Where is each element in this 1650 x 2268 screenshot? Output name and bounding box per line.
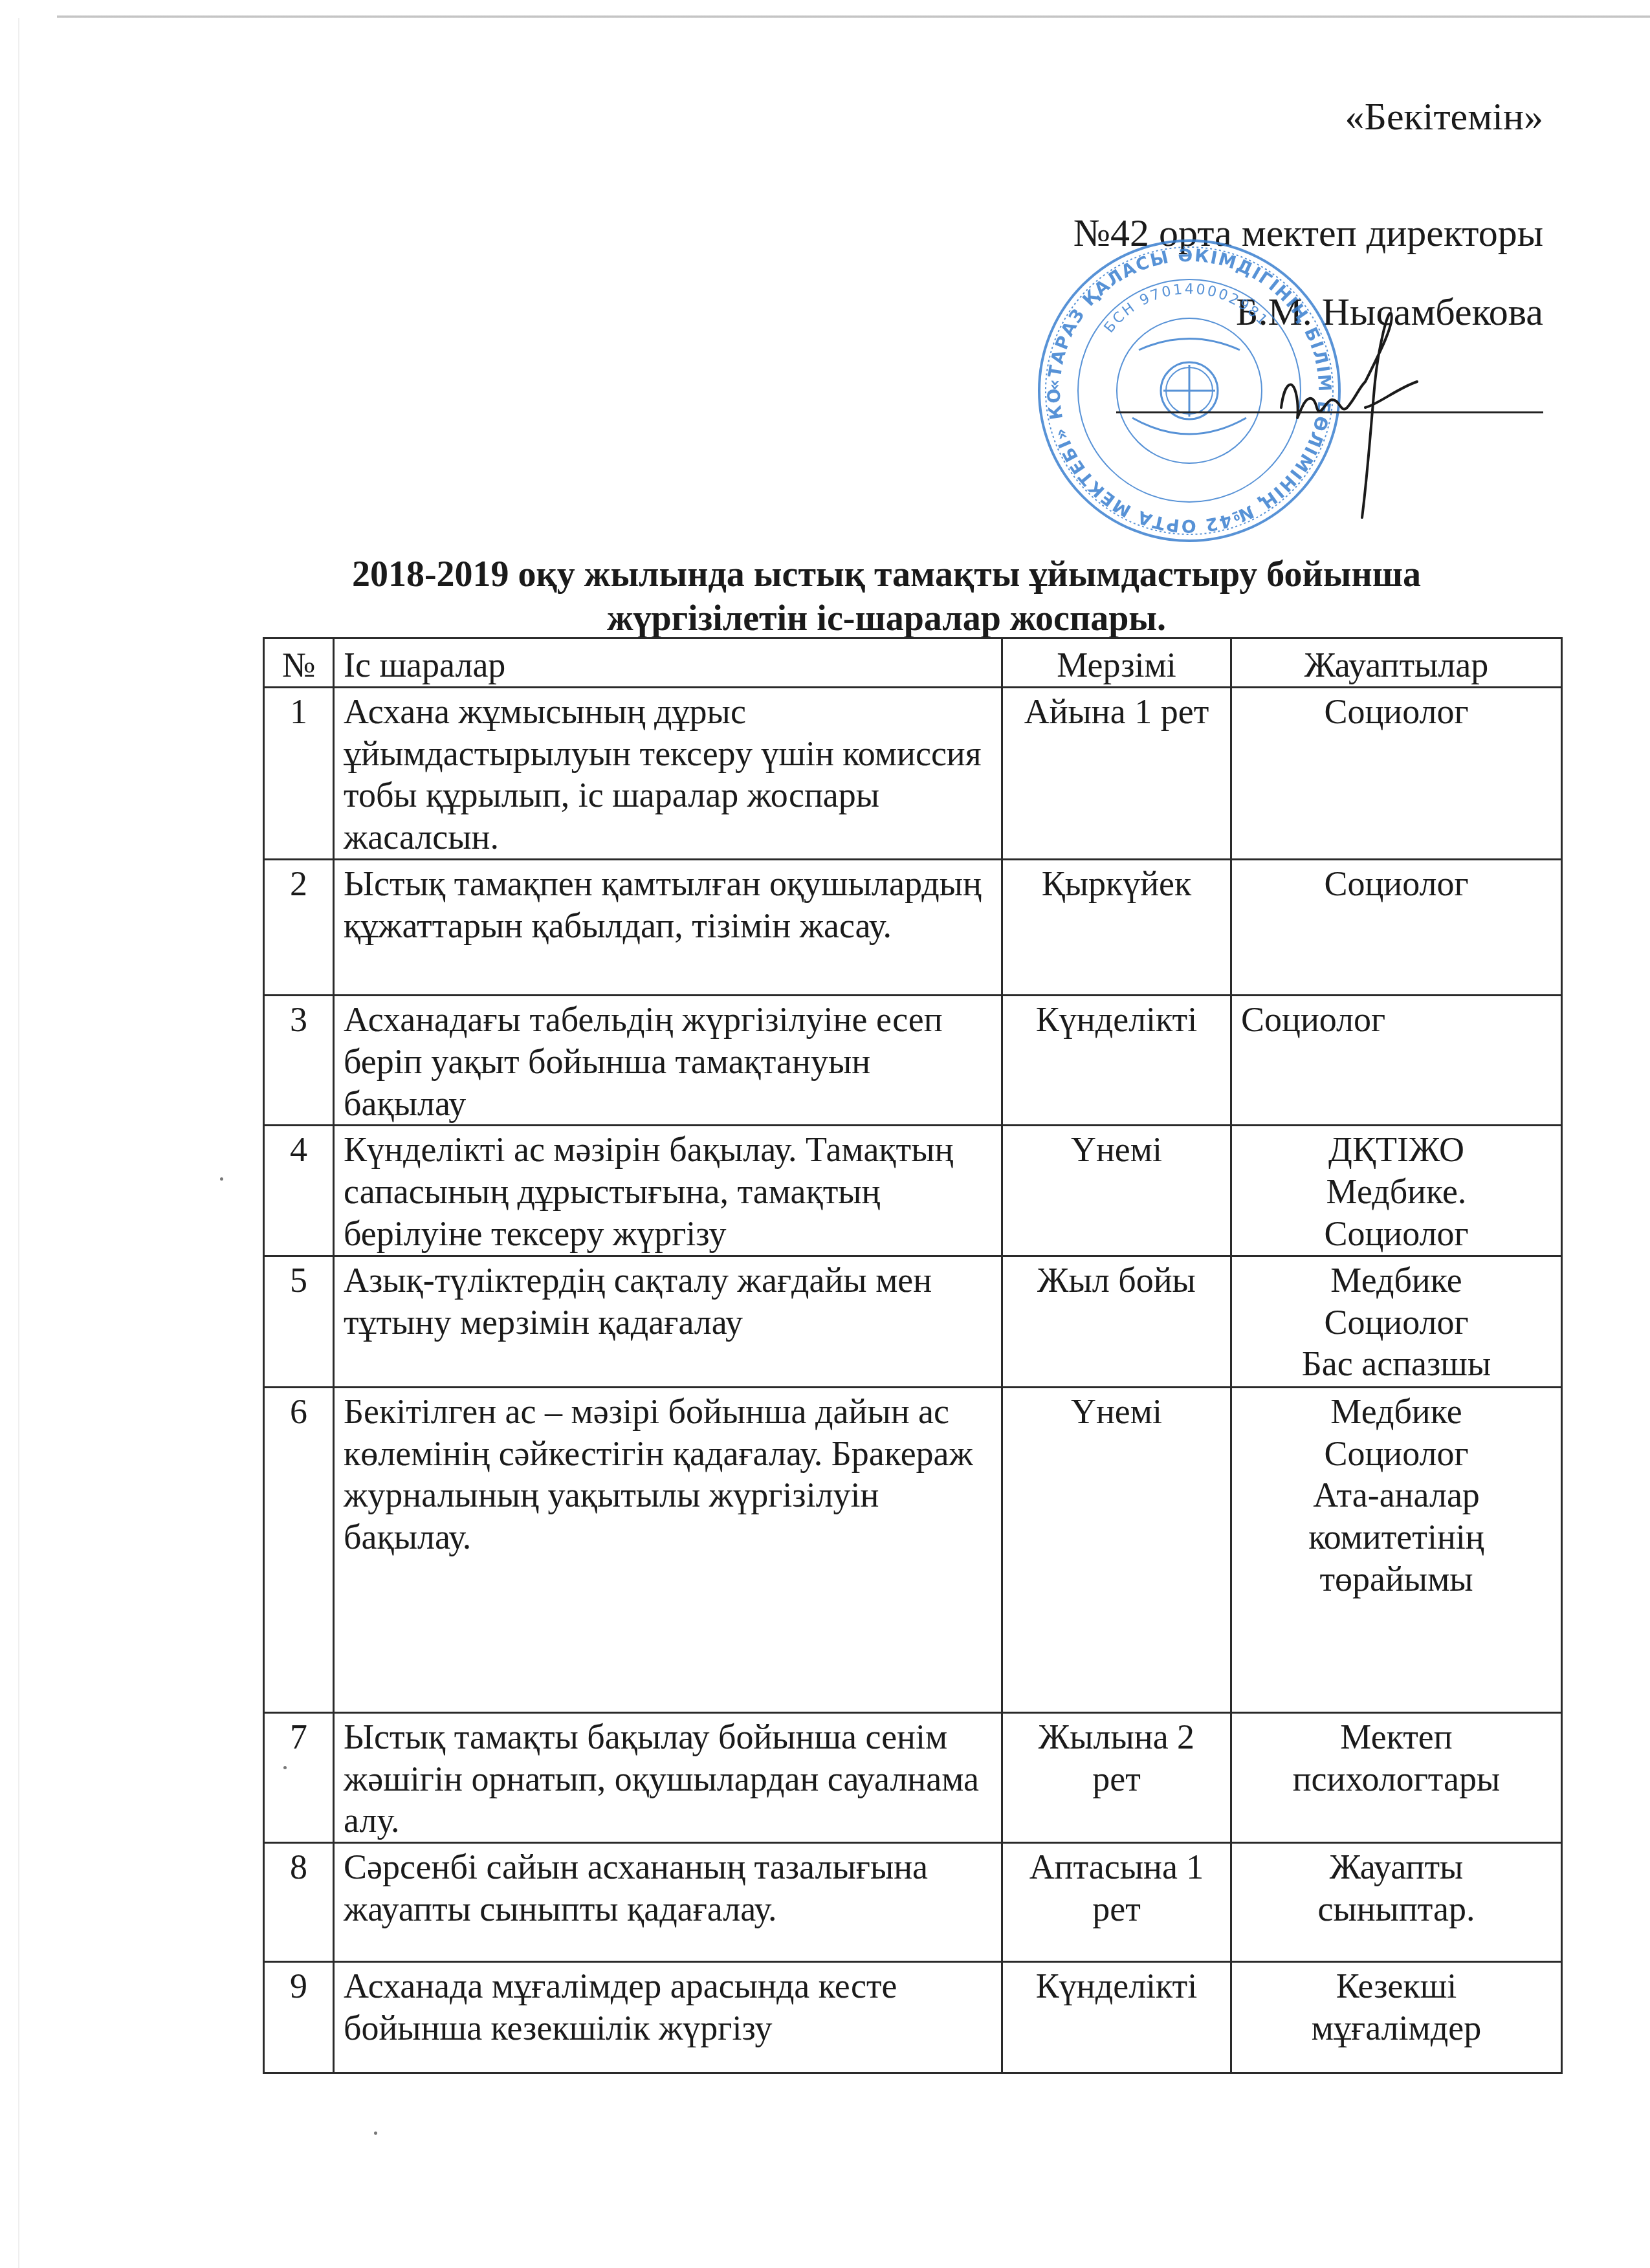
row-activity: Асхана жұмысының дұрыс ұйымдастырылуын т… [334,687,1002,859]
row-responsible: Жауаптысыныптар. [1231,1843,1562,1962]
responsible-person: Кезекші [1241,1965,1552,2007]
row-responsible: МедбикеСоциологБас аспазшы [1231,1256,1562,1387]
row-deadline: Күнделікті [1002,1962,1231,2073]
table-row: 3Асханадағы табельдің жүргізілуіне есеп … [264,995,1562,1125]
row-responsible: Кезекшімұғалімдер [1231,1962,1562,2073]
scan-speck [374,2132,377,2135]
row-deadline: Аптасына 1 рет [1002,1843,1231,1962]
responsible-person: Ата-аналар [1241,1474,1552,1516]
table-row: 2Ыстық тамақпен қамтылған оқушылардың құ… [264,859,1562,995]
row-number: 4 [264,1126,334,1256]
scan-edge-left [18,18,19,2268]
responsible-person: Социолог [1241,1433,1552,1475]
responsible-person: психологтары [1241,1758,1552,1800]
responsible-person: мұғалімдер [1241,2007,1552,2049]
header-activities: Іс шаралар [334,638,1002,688]
row-number: 7 [264,1712,334,1842]
row-number: 3 [264,995,334,1125]
svg-text:БСН 970140002981: БСН 970140002981 [1101,281,1272,336]
row-number: 9 [264,1962,334,2073]
responsible-person: Социолог [1241,999,1552,1041]
header-responsible: Жауаптылар [1231,638,1562,688]
responsible-person: Социолог [1241,1213,1552,1255]
table-row: 8Сәрсенбі сайын асхананың тазалығына жау… [264,1843,1562,1962]
row-responsible: Социолог [1231,995,1562,1125]
row-deadline: Қыркүйек [1002,859,1231,995]
responsible-person: төрайымы [1241,1558,1552,1600]
document-title-line1: 2018-2019 оқу жылында ыстық тамақты ұйым… [61,556,1650,593]
row-deadline: Үнемі [1002,1387,1231,1712]
responsible-person: комитетінің [1241,1516,1552,1558]
table-row: 7Ыстық тамақты бақылау бойынша сенім жәш… [264,1712,1562,1842]
row-deadline: Жылына 2 рет [1002,1712,1231,1842]
row-responsible: Социолог [1231,859,1562,995]
row-responsible: МедбикеСоциологАта-аналаркомитетініңтөра… [1231,1387,1562,1712]
table-row: 1Асхана жұмысының дұрыс ұйымдастырылуын … [264,687,1562,859]
table-header-row: № Іс шаралар Мерзімі Жауаптылар [264,638,1562,688]
responsible-person: Медбике [1241,1259,1552,1302]
table-row: 4Күнделікті ас мәзірін бақылау. Тамақтың… [264,1126,1562,1256]
responsible-person: Социолог [1241,1302,1552,1344]
row-activity: Күнделікті ас мәзірін бақылау. Тамақтың … [334,1126,1002,1256]
responsible-person: Медбике. [1241,1171,1552,1213]
signature-icon [1268,311,1462,524]
row-responsible: Мектеппсихологтары [1231,1712,1562,1842]
activity-plan-table: № Іс шаралар Мерзімі Жауаптылар 1Асхана … [263,637,1563,2074]
row-responsible: Социолог [1231,687,1562,859]
table-row: 9Асханада мұғалімдер арасында кесте бойы… [264,1962,1562,2073]
row-number: 1 [264,687,334,859]
row-deadline: Күнделікті [1002,995,1231,1125]
row-responsible: ДҚТІЖОМедбике.Социолог [1231,1126,1562,1256]
table-row: 5Азық-түліктердің сақталу жағдайы мен тұ… [264,1256,1562,1387]
row-deadline: Айына 1 рет [1002,687,1231,859]
row-activity: Асханада мұғалімдер арасында кесте бойын… [334,1962,1002,2073]
row-number: 5 [264,1256,334,1387]
row-activity: Бекітілген ас – мәзірі бойынша дайын ас … [334,1387,1002,1712]
responsible-person: Мектеп [1241,1716,1552,1758]
row-activity: Ыстық тамақпен қамтылған оқушылардың құж… [334,859,1002,995]
responsible-person: сыныптар. [1241,1888,1552,1930]
row-number: 2 [264,859,334,995]
row-activity: Ыстық тамақты бақылау бойынша сенім жәші… [334,1712,1002,1842]
header-number: № [264,638,334,688]
responsible-person: Жауапты [1241,1846,1552,1888]
row-deadline: Жыл бойы [1002,1256,1231,1387]
scan-speck [283,1766,287,1769]
row-activity: Асханадағы табельдің жүргізілуіне есеп б… [334,995,1002,1125]
responsible-person: ДҚТІЖО [1241,1129,1552,1171]
row-activity: Сәрсенбі сайын асхананың тазалығына жауа… [334,1843,1002,1962]
scan-edge-top [57,16,1650,18]
responsible-person: Социолог [1241,863,1552,905]
table-row: 6Бекітілген ас – мәзірі бойынша дайын ас… [264,1387,1562,1712]
approval-label: «Бекітемін» [1345,97,1543,136]
row-activity: Азық-түліктердің сақталу жағдайы мен тұт… [334,1256,1002,1387]
row-number: 6 [264,1387,334,1712]
document-title-line2: жүргізілетін іс-шаралар жоспары. [61,600,1650,637]
header-deadline: Мерзімі [1002,638,1231,688]
scan-speck [220,1177,223,1181]
responsible-person: Социолог [1241,691,1552,733]
row-deadline: Үнемі [1002,1126,1231,1256]
responsible-person: Бас аспазшы [1241,1343,1552,1385]
responsible-person: Медбике [1241,1391,1552,1433]
row-number: 8 [264,1843,334,1962]
